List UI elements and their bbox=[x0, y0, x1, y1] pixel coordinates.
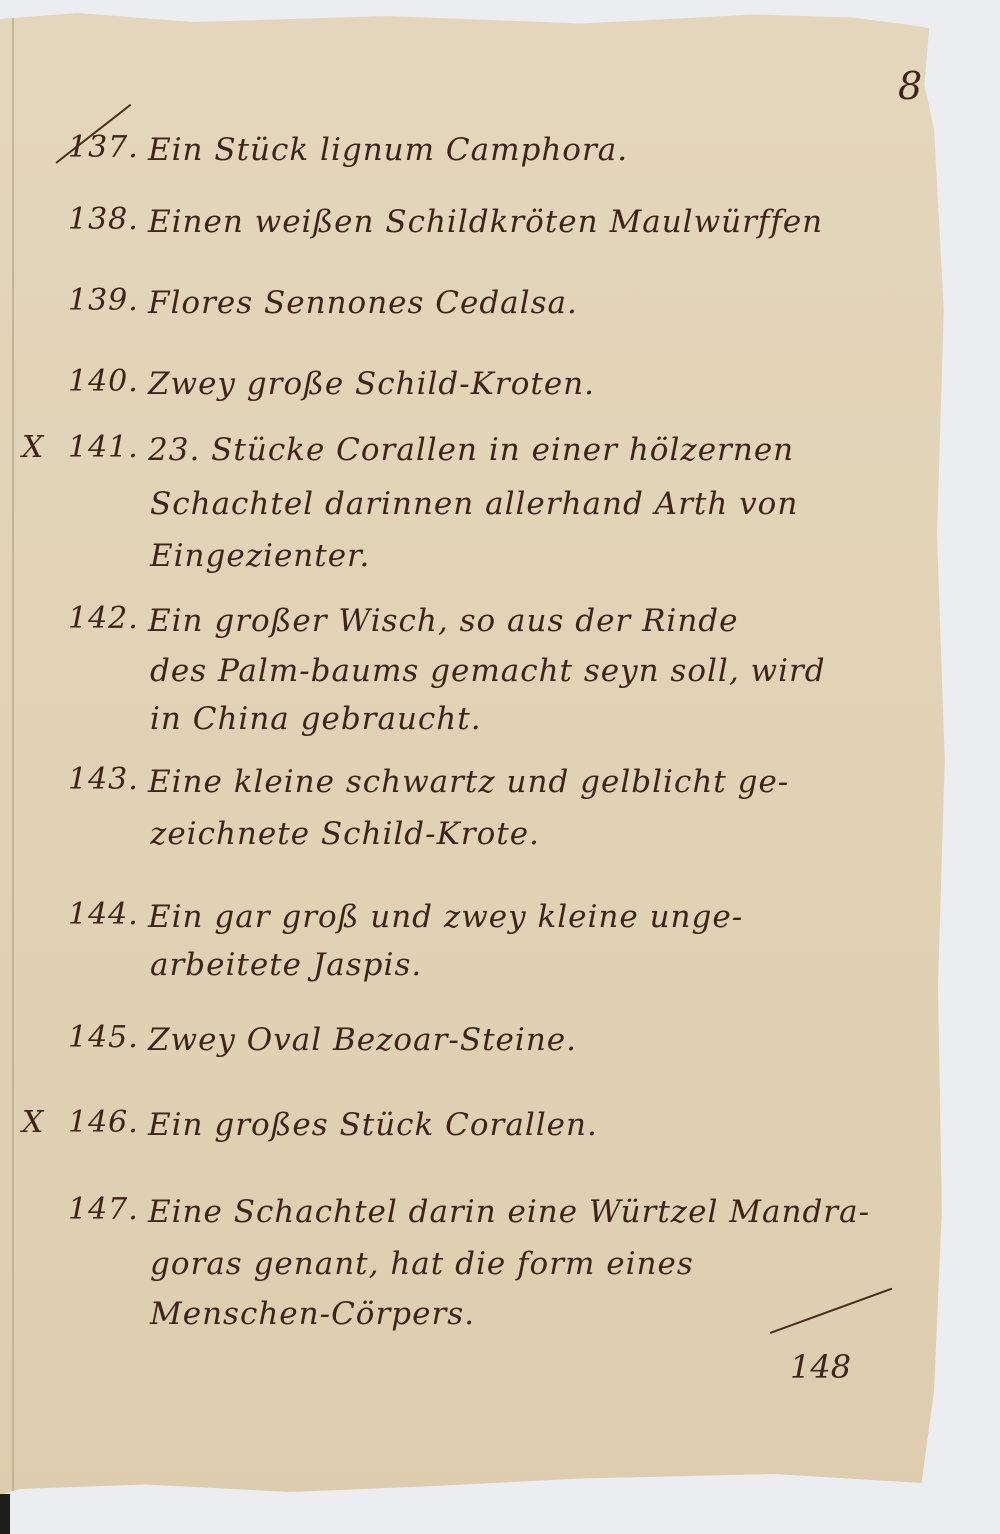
entry-text-line: Ein großer Wisch, so aus der Rinde bbox=[148, 603, 739, 639]
entry-number: 147. bbox=[68, 1192, 139, 1227]
entry-text-line: Eine kleine schwartz und gelblicht ge- bbox=[148, 764, 789, 800]
binding-edge bbox=[0, 1494, 10, 1534]
entry-number: 146. bbox=[68, 1105, 139, 1140]
entry-number: 140. bbox=[68, 364, 139, 399]
manuscript-page: 8 137. Ein Stück lignum Camphora. 138. E… bbox=[0, 10, 968, 1510]
entry-text-line: Zwey große Schild-Kroten. bbox=[148, 366, 595, 402]
entry-text-line: Ein gar groß und zwey kleine unge- bbox=[148, 899, 743, 935]
entry-number: 144. bbox=[68, 897, 139, 932]
entry-text-line: goras genant, hat die form eines bbox=[150, 1246, 694, 1282]
entry-number: 142. bbox=[68, 601, 139, 636]
folio-number: 8 bbox=[898, 64, 922, 108]
entry-text-line: Flores Sennones Cedalsa. bbox=[148, 285, 578, 321]
entry-text-line: Eine Schachtel darin eine Würtzel Mandra… bbox=[148, 1194, 870, 1230]
entry-text-line: Ein Stück lignum Camphora. bbox=[148, 132, 628, 168]
entry-text-line: Menschen-Cörpers. bbox=[150, 1296, 475, 1332]
entry-text-line: Einen weißen Schildkröten Maulwürffen bbox=[148, 204, 823, 240]
entry-number: 137. bbox=[68, 130, 139, 165]
entry-text-line: Eingezienter. bbox=[150, 538, 370, 574]
cross-mark: X bbox=[22, 1105, 43, 1140]
closing-flourish bbox=[770, 1288, 893, 1334]
entry-text-line: 23. Stücke Corallen in einer hölzernen bbox=[148, 432, 794, 468]
entry-number: 145. bbox=[68, 1020, 139, 1055]
cross-mark: X bbox=[22, 430, 43, 465]
entry-text-line: Schachtel darinnen allerhand Arth von bbox=[150, 486, 798, 522]
entry-number: 139. bbox=[68, 283, 139, 318]
entry-text-line: zeichnete Schild-Krote. bbox=[150, 816, 540, 852]
binding-fold-line bbox=[12, 10, 14, 1510]
entry-number: 141. bbox=[68, 430, 139, 465]
entry-text-line: des Palm-baums gemacht seyn soll, wird bbox=[150, 653, 826, 689]
entry-text-line: Zwey Oval Bezoar-Steine. bbox=[148, 1022, 577, 1058]
entry-text-line: in China gebraucht. bbox=[150, 701, 482, 737]
entry-text-line: Ein großes Stück Corallen. bbox=[148, 1107, 598, 1143]
entry-number: 138. bbox=[68, 202, 139, 237]
catchword: 148 bbox=[790, 1348, 851, 1386]
entry-number: 143. bbox=[68, 762, 139, 797]
entry-text-line: arbeitete Jaspis. bbox=[150, 947, 422, 983]
